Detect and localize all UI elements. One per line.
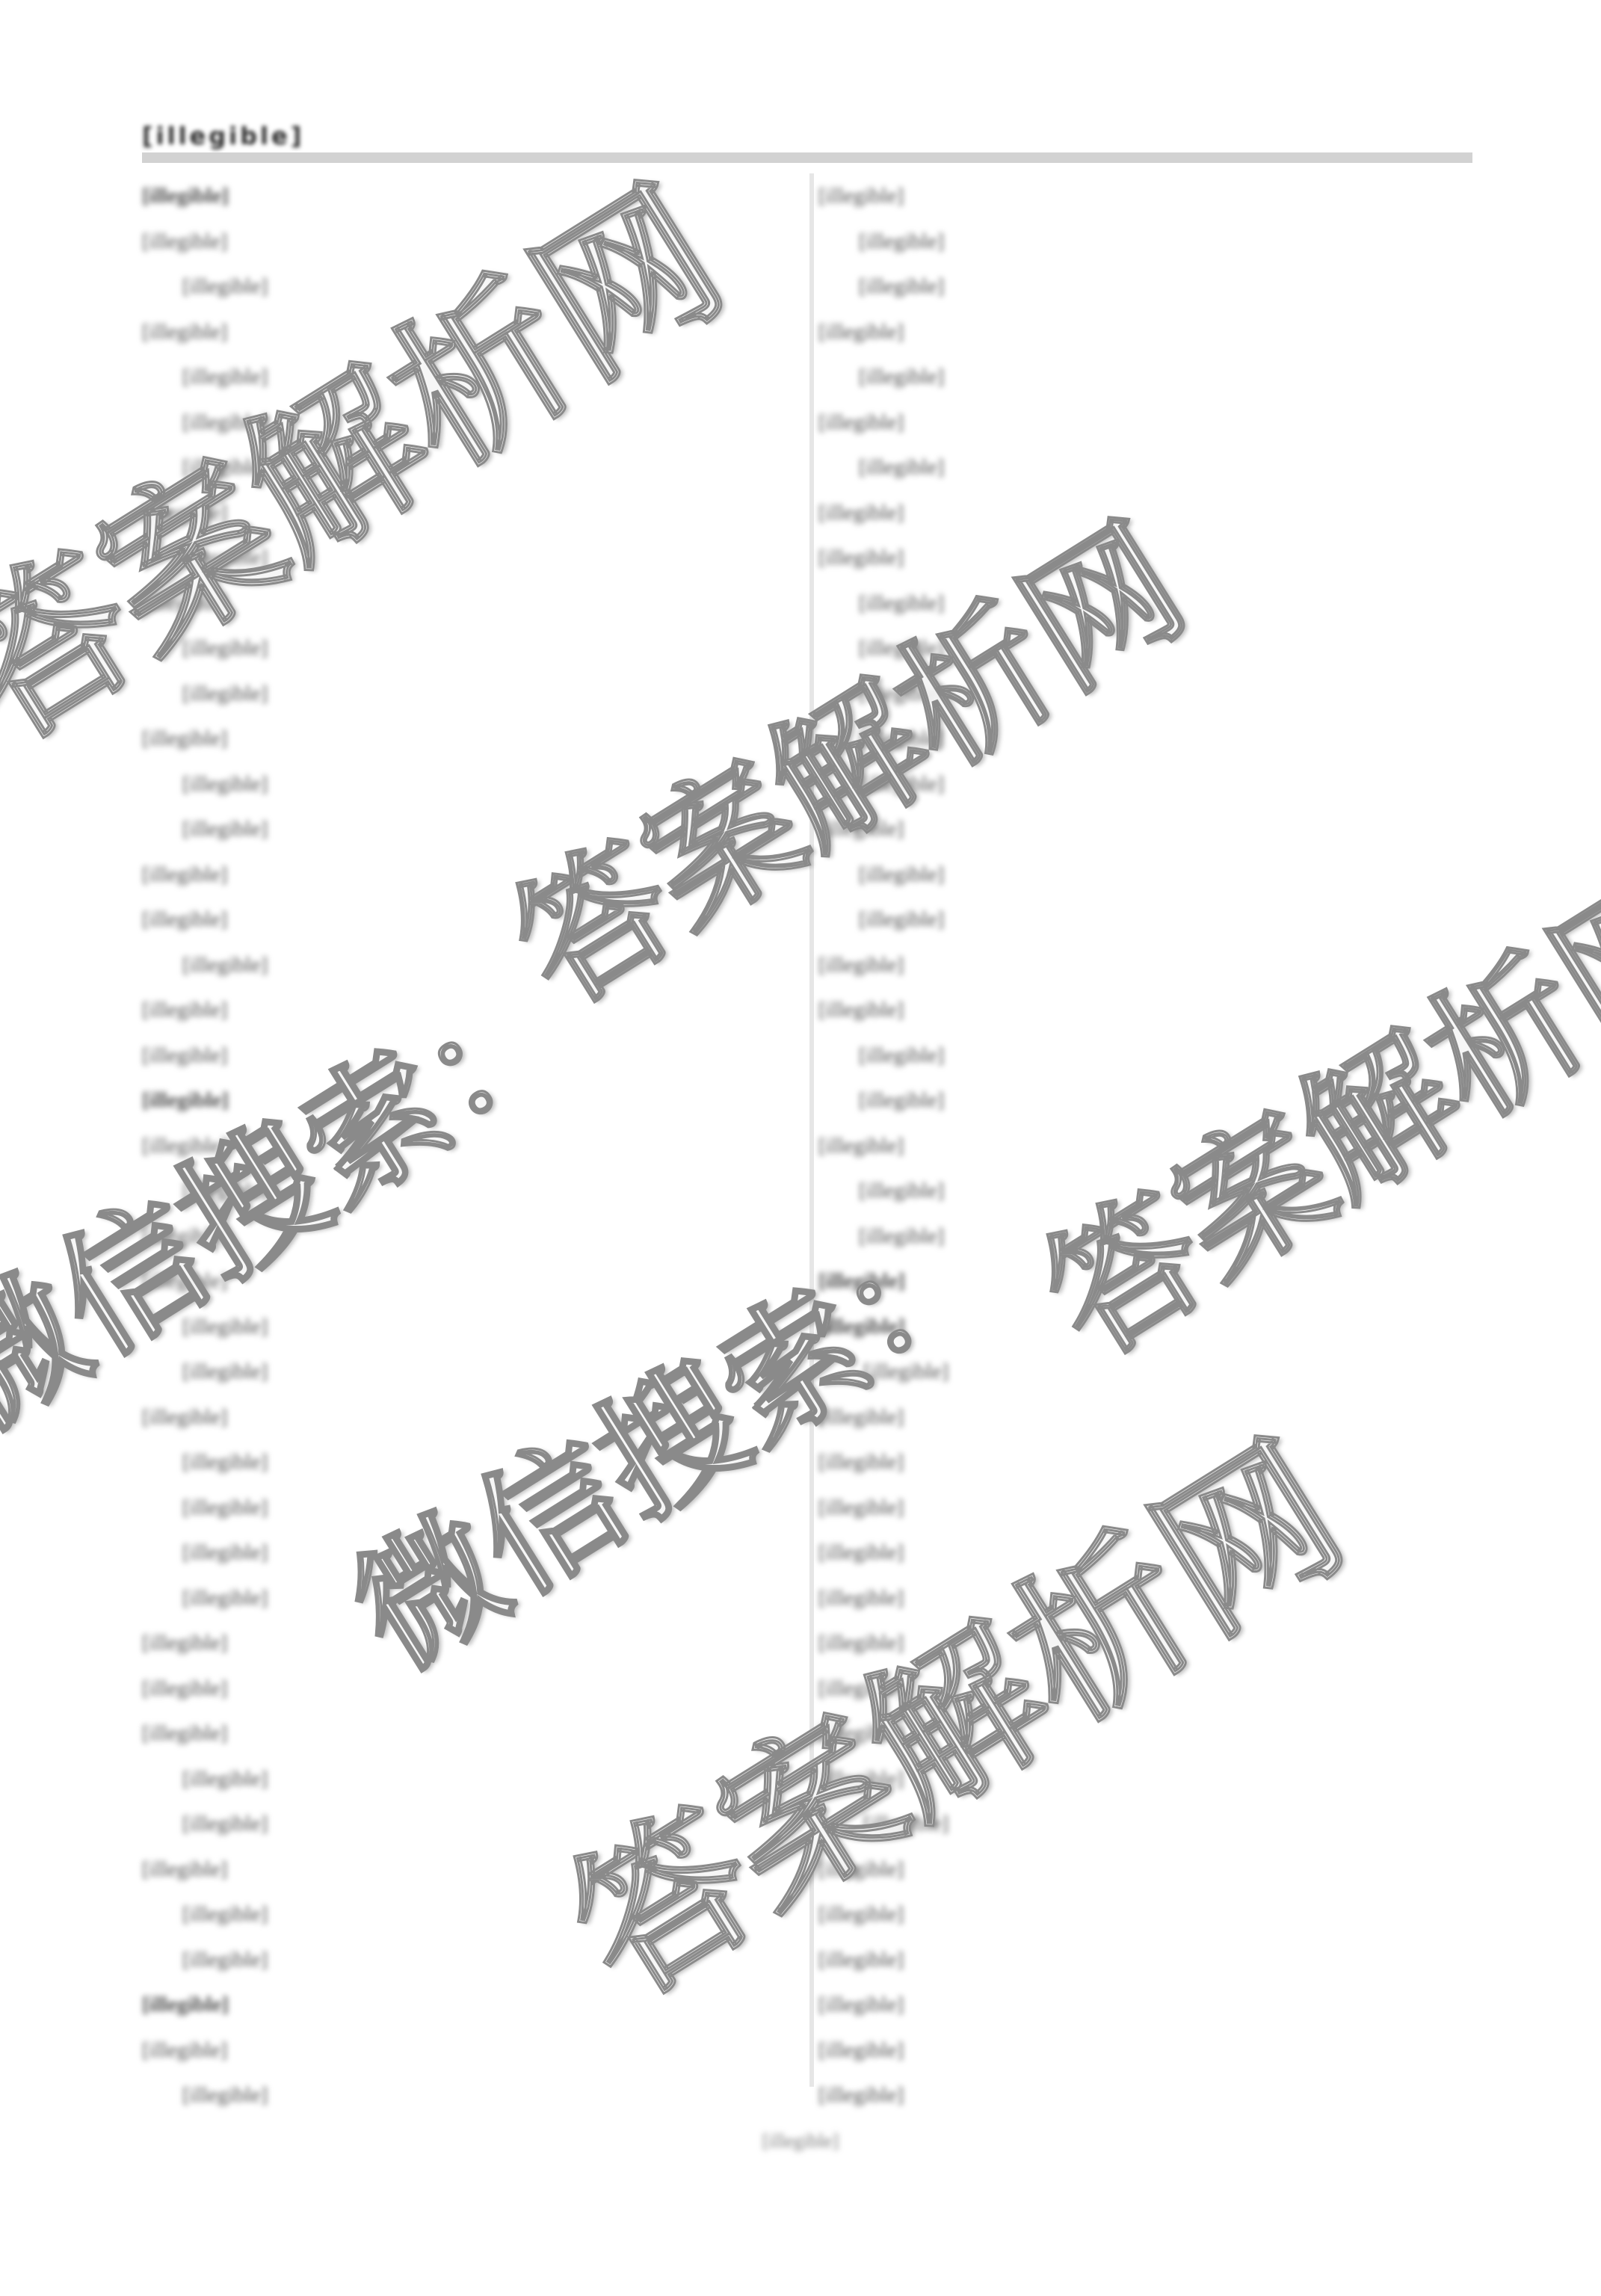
dialogue-continuation: [illegible]	[142, 671, 792, 717]
dialogue-line: [illegible]	[142, 716, 792, 762]
page-header: [illegible]	[142, 120, 1472, 164]
dialogue-continuation: [illegible]	[818, 626, 1476, 671]
header-rule	[142, 152, 1472, 163]
dialogue-continuation: [illegible]	[818, 445, 1476, 490]
dialogue-continuation: [illegible]	[142, 942, 792, 988]
dialogue-continuation: [illegible]	[142, 1439, 792, 1485]
dialogue-line: [illegible]	[142, 1033, 792, 1078]
dialogue-continuation: [illegible]	[142, 806, 792, 852]
dialogue-line: [illegible]	[142, 897, 792, 942]
dialogue-line: [illegible]	[142, 2028, 792, 2073]
dialogue-line: [illegible]	[818, 400, 1476, 445]
dialogue-continuation: [illegible]	[142, 626, 792, 671]
left-column: [illegible][illegible][illegible][illegi…	[142, 173, 792, 2087]
dialogue-line: [illegible]	[142, 219, 792, 265]
dialogue-continuation: [illegible]	[142, 1168, 792, 1214]
prose-line: [illegible]	[818, 1982, 1476, 2028]
dialogue-continuation: [illegible]	[818, 716, 1476, 762]
dialogue-line: [illegible]	[142, 1214, 792, 1259]
dialogue-continuation: [illegible]	[142, 264, 792, 309]
dialogue-line: [illegible]	[818, 987, 1476, 1033]
dialogue-line: [illegible]	[142, 1666, 792, 1712]
prose-line: [illegible]	[818, 1937, 1476, 1983]
dialogue-continuation: [illegible]	[818, 671, 1476, 717]
prose-line: [illegible]	[818, 1576, 1476, 1621]
dialogue-continuation: [illegible]	[818, 852, 1476, 898]
dialogue-continuation: [illegible]	[818, 897, 1476, 942]
prose-line: [illegible]	[818, 1711, 1476, 1756]
prose-line: [illegible]	[818, 1847, 1476, 1892]
dialogue-line: [illegible]	[142, 1847, 792, 1892]
page-number: [illegible]	[0, 2130, 1601, 2152]
prose-line: [illegible]	[818, 1349, 1476, 1395]
section-label: [illegible]	[142, 173, 792, 219]
dialogue-line: [illegible]	[818, 309, 1476, 355]
prose-line: [illegible]	[818, 1439, 1476, 1485]
dialogue-continuation: [illegible]	[142, 1892, 792, 1937]
dialogue-continuation: [illegible]	[818, 1078, 1476, 1123]
dialogue-continuation: [illegible]	[142, 1576, 792, 1621]
prose-line: [illegible]	[818, 2073, 1476, 2118]
dialogue-continuation: [illegible]	[818, 264, 1476, 309]
prose-line: [illegible]	[818, 1530, 1476, 1576]
dialogue-continuation: [illegible]	[142, 1485, 792, 1531]
dialogue-continuation: [illegible]	[142, 1530, 792, 1576]
dialogue-line: [illegible]	[142, 1123, 792, 1169]
dialogue-line: [illegible]	[142, 490, 792, 536]
prose-line: [illegible]	[818, 1756, 1476, 1802]
dialogue-line: [illegible]	[142, 1620, 792, 1666]
dialogue-line: [illegible]	[142, 1711, 792, 1756]
dialogue-continuation: [illegible]	[142, 1756, 792, 1802]
dialogue-continuation: [illegible]	[142, 445, 792, 490]
section-label: [illegible]	[818, 1304, 1476, 1350]
section-label: [illegible]	[818, 1259, 1476, 1304]
section-label: [illegible]	[142, 1078, 792, 1123]
dialogue-continuation: [illegible]	[142, 535, 792, 581]
dialogue-line: [illegible]	[142, 1259, 792, 1304]
dialogue-continuation: [illegible]	[818, 354, 1476, 400]
dialogue-continuation: [illegible]	[142, 1937, 792, 1983]
dialogue-line: [illegible]	[818, 173, 1476, 219]
section-label: [illegible]	[142, 1982, 792, 2028]
dialogue-line: [illegible]	[142, 987, 792, 1033]
dialogue-continuation: [illegible]	[818, 762, 1476, 807]
prose-line: [illegible]	[818, 1666, 1476, 1712]
header-title: [illegible]	[142, 120, 304, 152]
right-column: [illegible][illegible][illegible][illegi…	[818, 173, 1476, 2087]
dialogue-continuation: [illegible]	[142, 400, 792, 445]
prose-line: [illegible]	[818, 1395, 1476, 1440]
dialogue-line: [illegible]	[142, 581, 792, 626]
prose-line: [illegible]	[818, 1801, 1476, 1847]
dialogue-continuation: [illegible]	[818, 219, 1476, 265]
dialogue-line: [illegible]	[818, 942, 1476, 988]
column-divider	[809, 173, 814, 2087]
dialogue-line: [illegible]	[142, 852, 792, 898]
dialogue-continuation: [illegible]	[142, 1801, 792, 1847]
dialogue-continuation: [illegible]	[142, 1304, 792, 1350]
dialogue-continuation: [illegible]	[142, 762, 792, 807]
dialogue-line: [illegible]	[818, 490, 1476, 536]
dialogue-continuation: [illegible]	[142, 2073, 792, 2118]
dialogue-continuation: [illegible]	[818, 1168, 1476, 1214]
dialogue-continuation: [illegible]	[818, 581, 1476, 626]
dialogue-line: [illegible]	[142, 309, 792, 355]
dialogue-continuation: [illegible]	[142, 354, 792, 400]
dialogue-line: [illegible]	[142, 1395, 792, 1440]
prose-line: [illegible]	[818, 1892, 1476, 1937]
dialogue-line: [illegible]	[818, 1123, 1476, 1169]
prose-line: [illegible]	[818, 1620, 1476, 1666]
dialogue-continuation: [illegible]	[818, 1033, 1476, 1078]
dialogue-line: [illegible]	[818, 806, 1476, 852]
dialogue-continuation: [illegible]	[818, 1214, 1476, 1259]
dialogue-line: [illegible]	[818, 535, 1476, 581]
prose-line: [illegible]	[818, 2028, 1476, 2073]
dialogue-continuation: [illegible]	[142, 1349, 792, 1395]
prose-line: [illegible]	[818, 1485, 1476, 1531]
